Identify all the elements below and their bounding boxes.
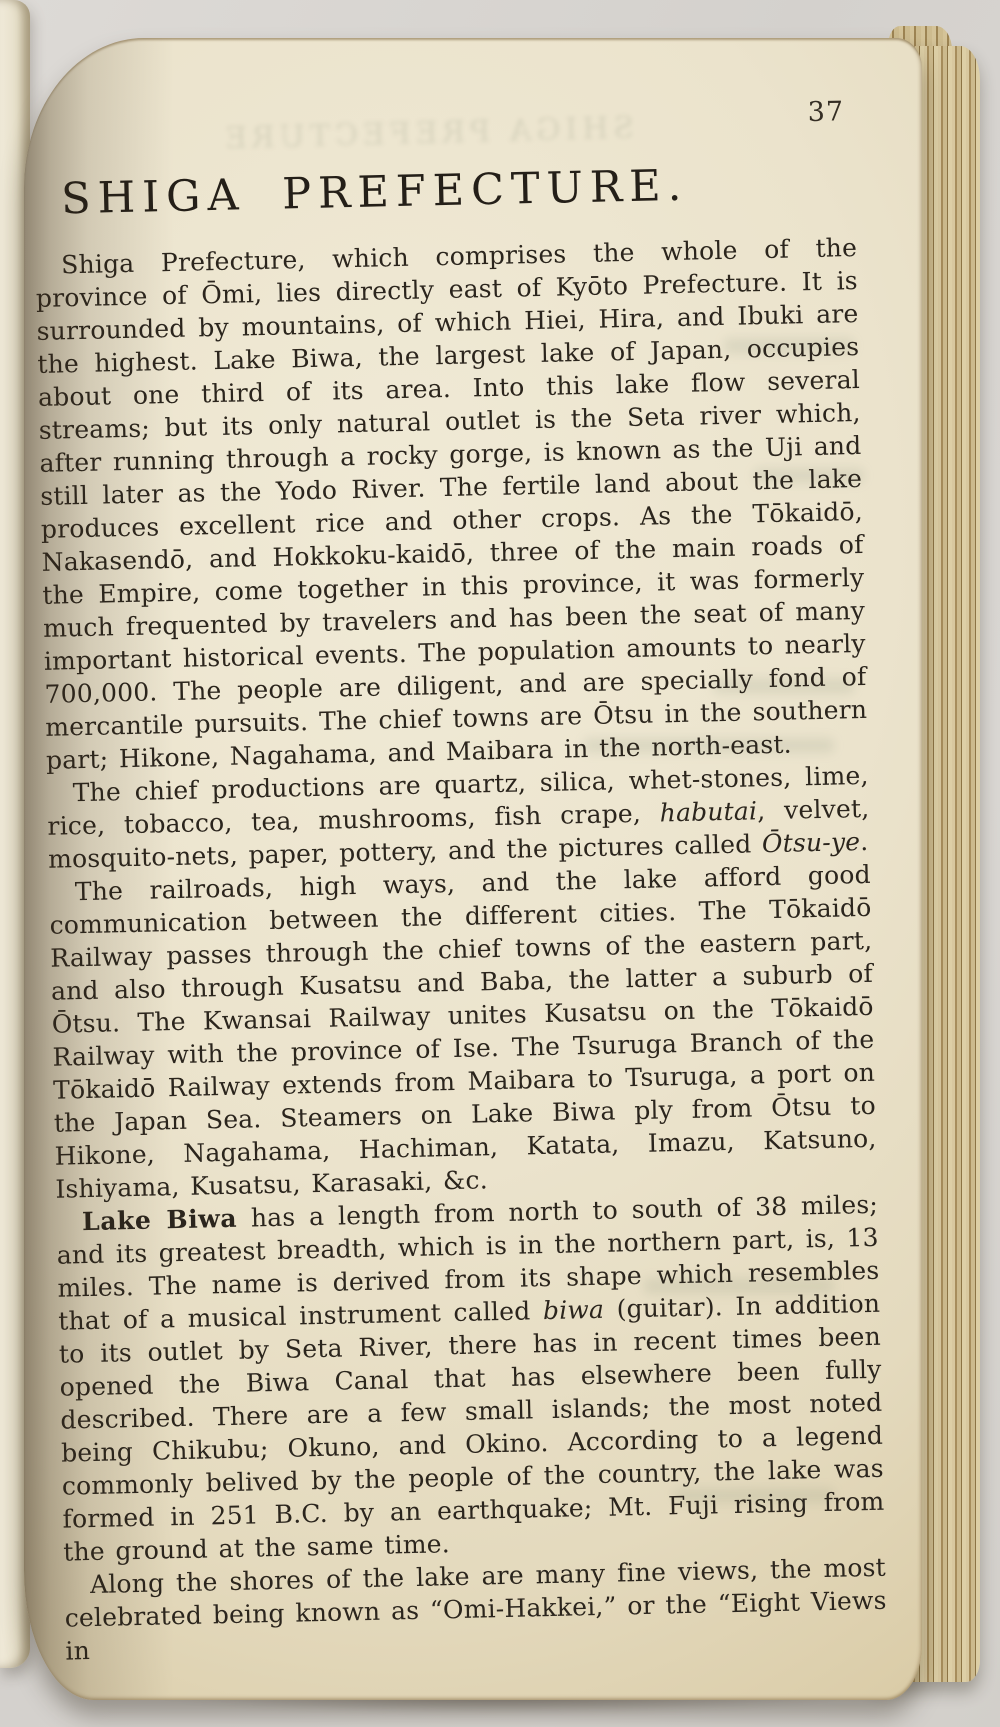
paragraph: The chief productions are quartz, silica… [46,759,870,876]
paragraph: Shiga Prefecture, which comprises the wh… [35,231,868,777]
paragraph: Along the shores of the lake are many fi… [64,1551,888,1668]
body-paragraphs: Shiga Prefecture, which comprises the wh… [35,231,888,1668]
italic-text: Ōtsu-ye [762,827,861,858]
body-text: Along the shores of the lake are many fi… [64,1553,886,1666]
body-text: . [860,827,869,856]
body-text: Shiga Prefecture, which comprises the wh… [36,233,868,775]
bold-text: Lake Biwa [82,1204,238,1236]
italic-text: habutai [659,796,757,827]
italic-text: biwa [543,1295,605,1325]
paragraph: The railroads, high ways, and the lake a… [49,858,878,1206]
paragraph: Lake Biwa has a length from north to sou… [56,1188,886,1569]
page-number: 37 [32,96,854,145]
body-text: The railroads, high ways, and the lake a… [49,860,876,1204]
page-text: 37 SHIGA PREFECTURE. Shiga Prefecture, w… [32,96,888,1668]
book-photo: { "scene": { "background_color": "#d5d2c… [0,0,1000,1727]
chapter-heading: SHIGA PREFECTURE. [33,157,856,225]
book-page: SHIGA PREFECTURE 37 SHIGA PREFECTURE. Sh… [24,38,922,1700]
